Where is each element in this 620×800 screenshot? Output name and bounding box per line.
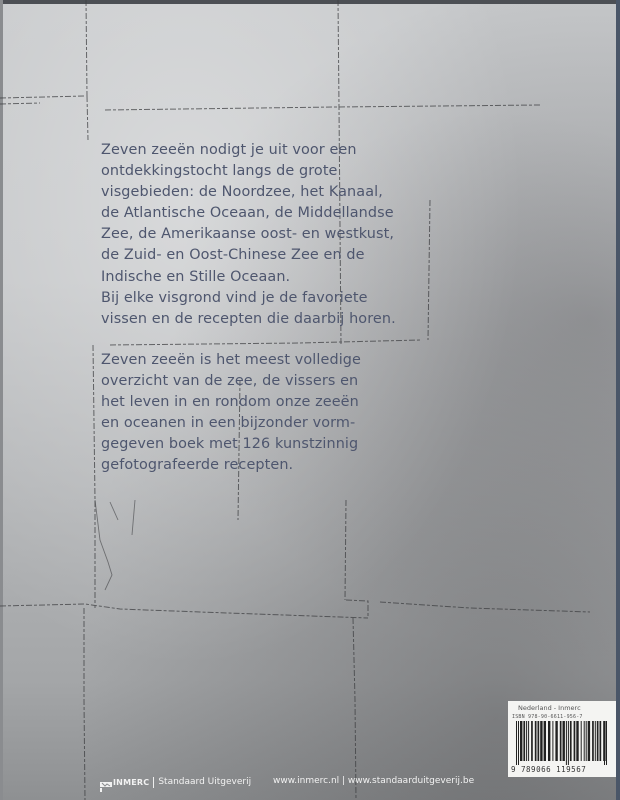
blurb-line: de Atlantische Oceaan, de Middellandse: [101, 205, 394, 221]
blurb-line: Indische en Stille Oceaan.: [101, 269, 290, 285]
barcode-digits: 9 789066 119567: [511, 765, 586, 774]
blurb-line: de Zuid- en Oost-Chinese Zee en de: [101, 247, 365, 263]
blurb-paragraph-1: Zeven zeeën nodigt je uit voor eenontdek…: [101, 140, 431, 330]
barcode-region-label: Nederland - Inmerc: [518, 704, 581, 712]
blurb-line: gefotografeerde recepten.: [101, 457, 293, 473]
blurb-text: Zeven zeeën nodigt je uit voor eenontdek…: [101, 140, 431, 476]
blurb-line: gegeven boek met 126 kunstzinnig: [101, 436, 358, 452]
blurb-line: Zeven zeeën is het meest volledige: [101, 352, 361, 368]
blurb-line: Zee, de Amerikaanse oost- en westkust,: [101, 226, 394, 242]
divider: [153, 777, 154, 788]
blurb-line: visgebieden: de Noordzee, het Kanaal,: [101, 184, 383, 200]
publisher-urls[interactable]: www.inmerc.nl | www.standaarduitgeverij.…: [273, 776, 474, 786]
blurb-line: overzicht van de zee, de vissers en: [101, 373, 358, 389]
publisher-name: Standaard Uitgeverij: [158, 777, 251, 787]
blurb-line: Zeven zeeën nodigt je uit voor een: [101, 142, 357, 158]
barcode-icon: [516, 721, 608, 765]
isbn-text: ISBN 978-90-6611-956-7: [512, 714, 583, 720]
barcode-label: Nederland - Inmerc ISBN 978-90-6611-956-…: [508, 701, 616, 777]
inmerc-logo-icon: [100, 777, 112, 787]
blurb-line: en oceanen in een bijzonder vorm-: [101, 415, 355, 431]
book-back-cover: Zeven zeeën nodigt je uit voor eenontdek…: [0, 0, 620, 800]
blurb-line: Bij elke visgrond vind je de favoriete: [101, 290, 368, 306]
blurb-paragraph-2: Zeven zeeën is het meest volledigeoverzi…: [101, 350, 431, 477]
blurb-line: vissen en de recepten die daarbij horen.: [101, 311, 396, 327]
publisher-footer: INMERC Standaard Uitgeverij: [100, 775, 251, 789]
inmerc-logo-text: INMERC: [113, 778, 149, 787]
blurb-line: ontdekkingstocht langs de grote: [101, 163, 338, 179]
blurb-line: het leven in en rondom onze zeeën: [101, 394, 359, 410]
